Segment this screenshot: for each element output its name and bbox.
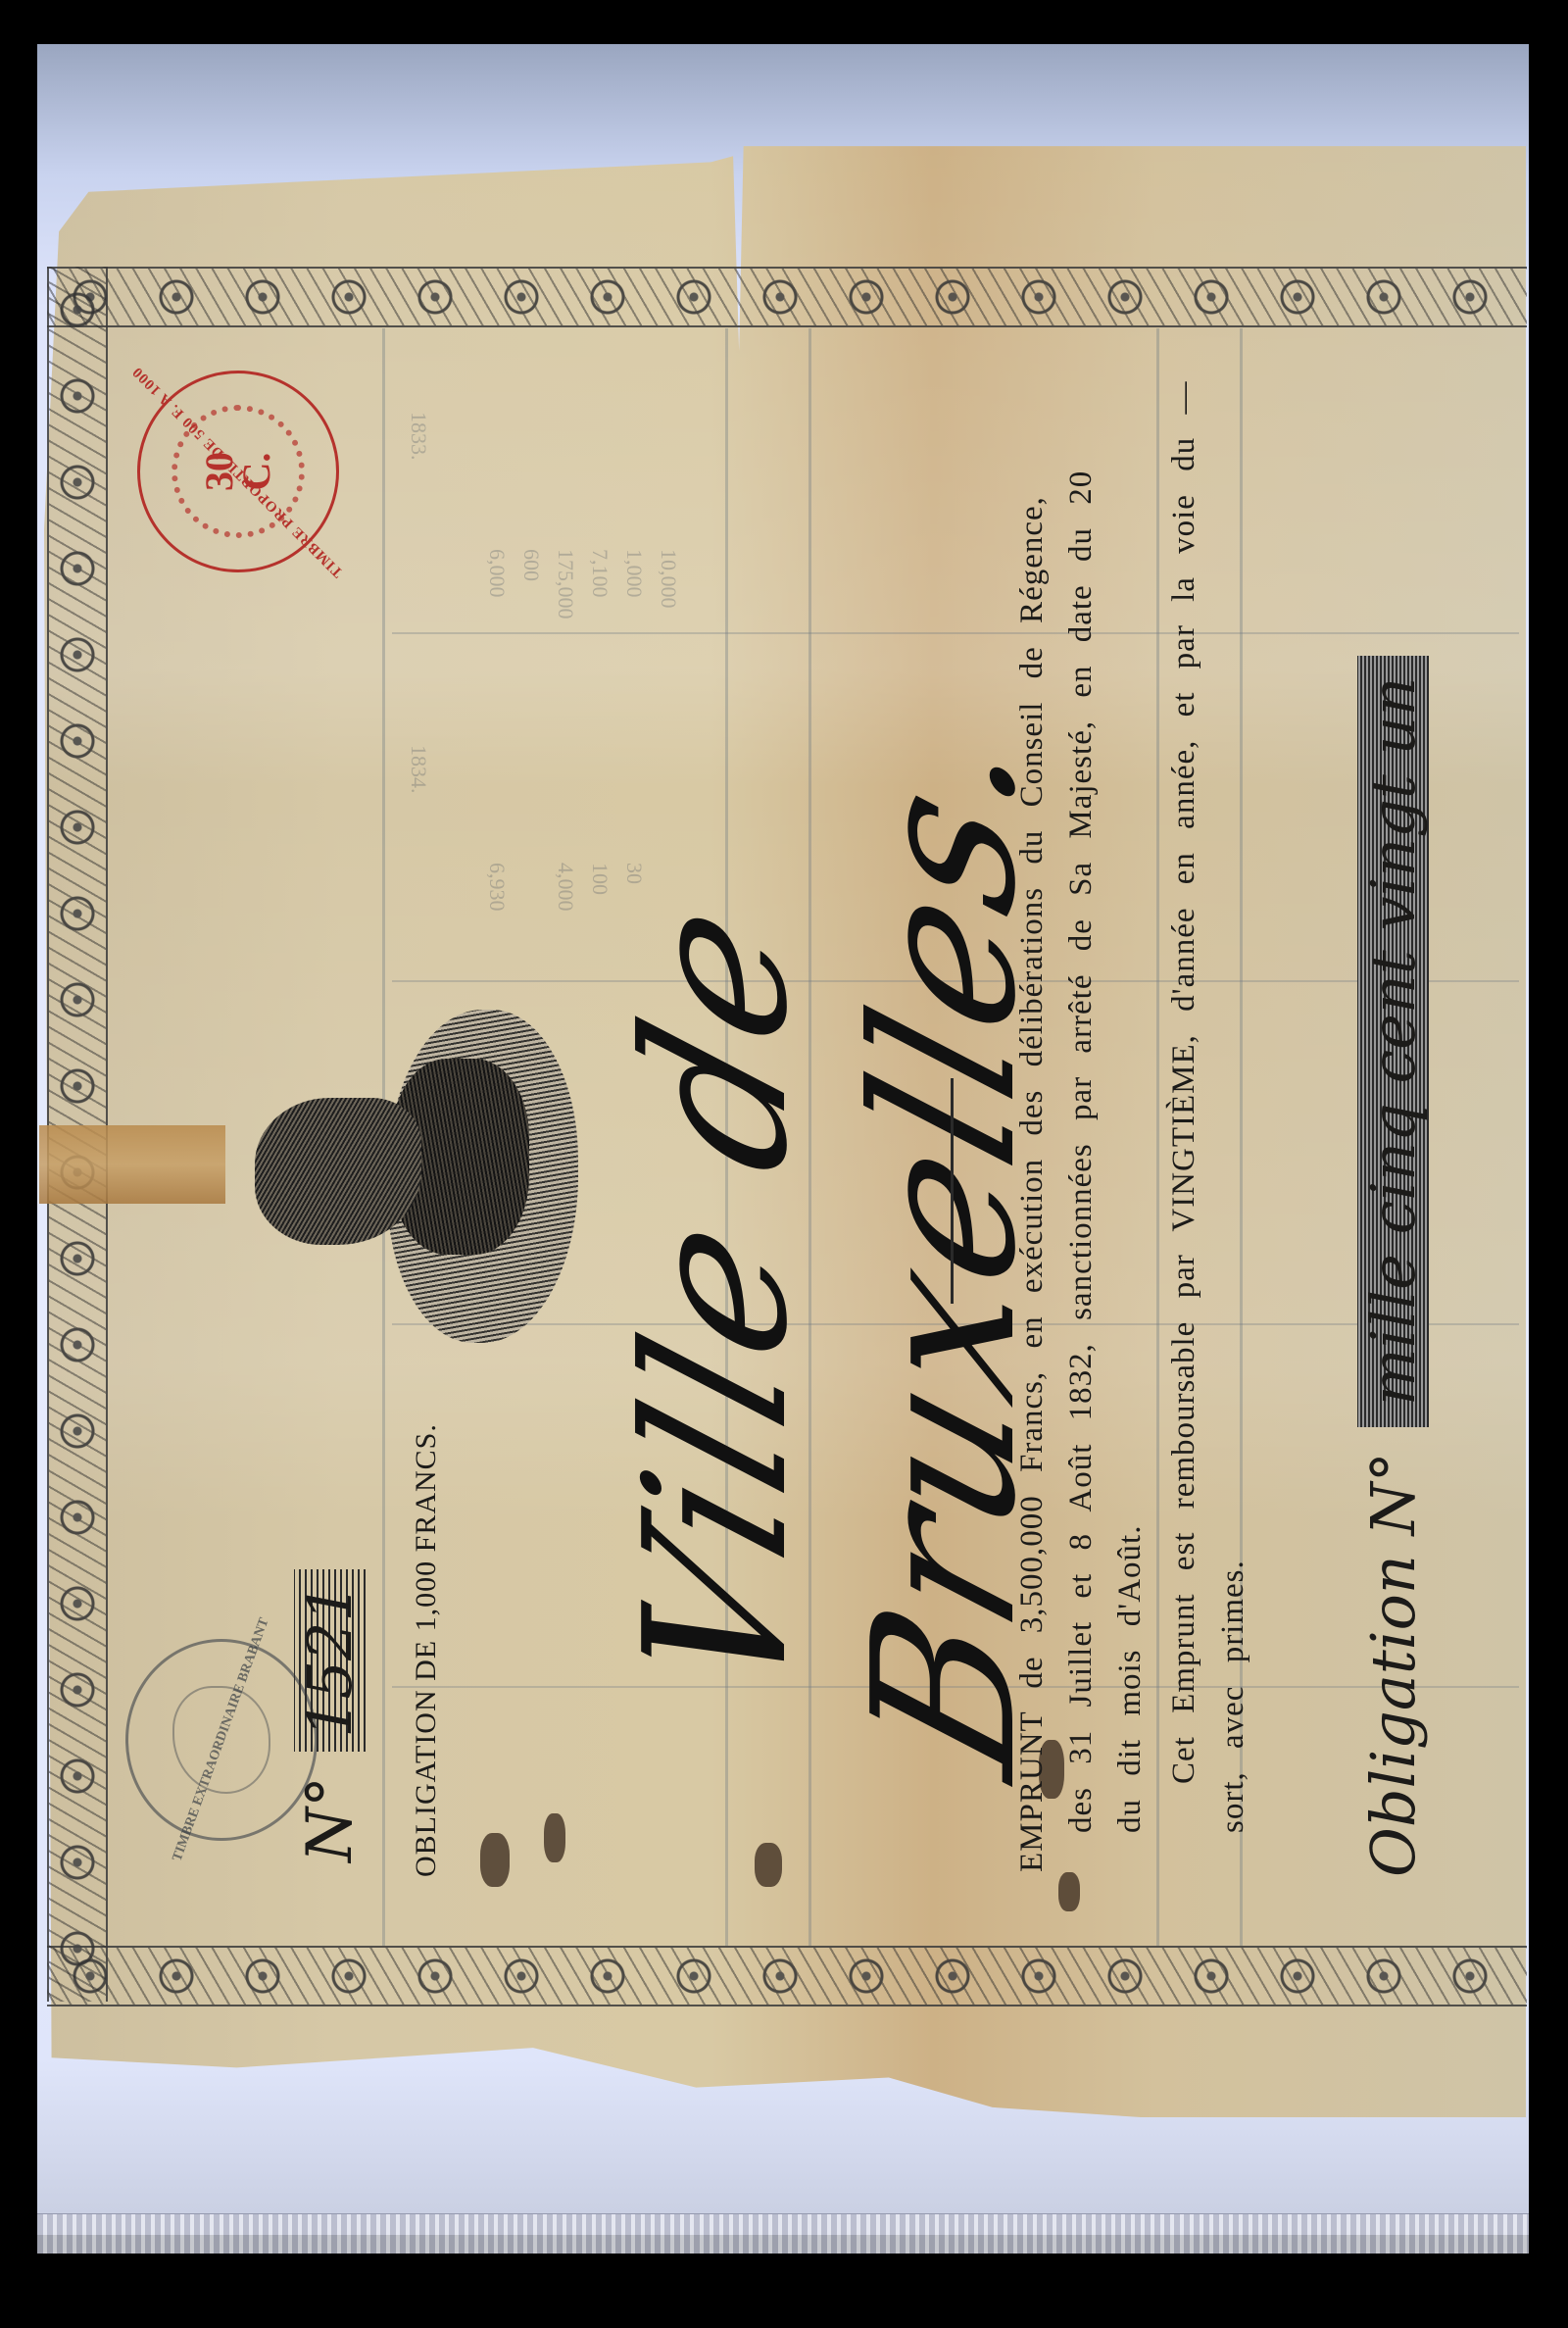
number-prefix: N° [294, 1776, 367, 1862]
sleeve-perforated-edge [37, 2213, 1529, 2254]
obligation-number-line: Obligation N° mille cinq cent vingt un [1357, 656, 1429, 1877]
paragraph-line-5: sort, avec primes. [1215, 1560, 1251, 1833]
divider-rule [951, 1078, 954, 1304]
bond-text-block: N° 1521 OBLIGATION DE 1,000 FRANCS. Vill… [225, 304, 1499, 1990]
bond-title: OBLIGATION DE 1,000 FRANCS. [410, 1423, 443, 1877]
paragraph-line-3: du dit mois d'Août. [1112, 1525, 1149, 1833]
obligation-number-words: mille cinq cent vingt un [1357, 656, 1429, 1428]
paragraph-line-4: Cet Emprunt est remboursable par VINGTIÈ… [1166, 381, 1202, 1784]
bond-number: N° 1521 [294, 1569, 367, 1862]
obligation-prefix: Obligation N° [1357, 1452, 1429, 1877]
number-value: 1521 [294, 1569, 366, 1752]
city-name: Ville de Bruxelles. [603, 229, 1059, 1799]
paragraph-line-2: des 31 Juillet et 8 Août 1832, sanctionn… [1063, 471, 1100, 1833]
paragraph-line-1: EMPRUNT de 3,500,000 Francs, en exécutio… [1014, 496, 1051, 1872]
tape-stain [39, 1125, 225, 1204]
